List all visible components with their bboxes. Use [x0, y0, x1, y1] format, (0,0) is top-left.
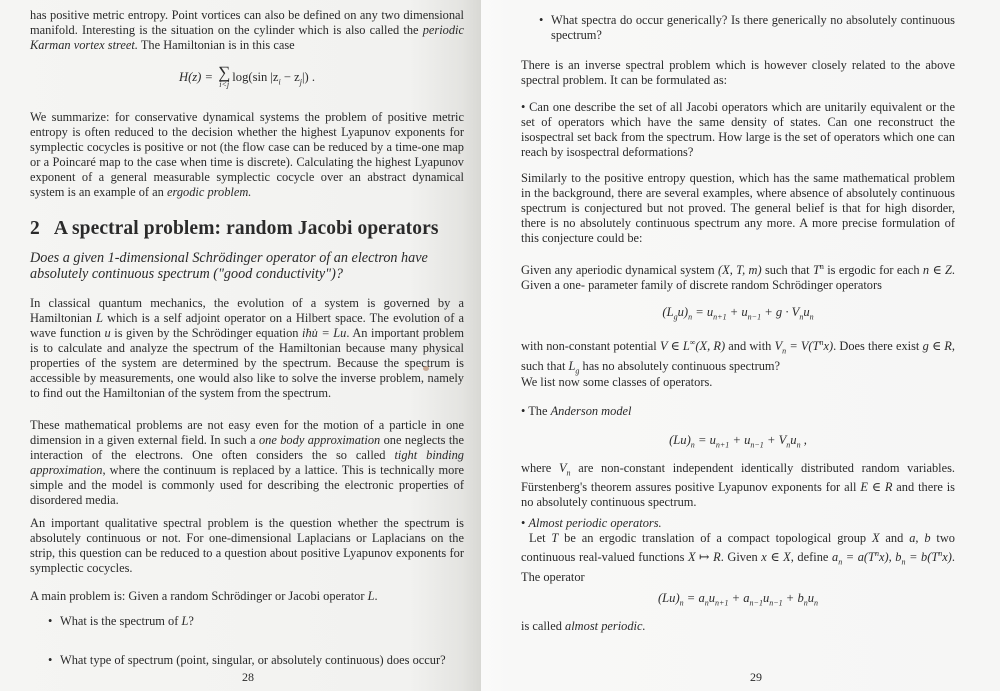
text: is called: [521, 619, 565, 633]
list-intro: We list now some classes of operators.: [521, 375, 955, 390]
italic-term: almost periodic.: [565, 619, 646, 633]
text: is given by the Schrödinger equation: [111, 326, 302, 340]
sum-index: i<j: [219, 80, 229, 90]
math: a, b: [909, 531, 930, 545]
text: . Given: [721, 550, 762, 564]
italic-term: one body approximation: [259, 433, 380, 447]
summary-italic: ergodic problem.: [167, 185, 251, 199]
var-L: L: [96, 311, 103, 325]
left-page: has positive metric entropy. Point vorti…: [0, 0, 481, 691]
text: has no absolutely continuous spectrum?: [579, 359, 780, 373]
equation-Lg: (Lgu)n = un+1 + un−1 + g · Vnun: [521, 305, 955, 325]
anderson-paragraph: where Vn are non-constant independent id…: [521, 461, 955, 510]
schrodinger-equation: iħu̇ = Lu: [302, 326, 346, 340]
intro-text-end: The Hamiltonian is in this case: [138, 38, 295, 52]
page-number: 29: [750, 670, 762, 685]
equation-hamiltonian: H(z) = ∑i<jlog(sin |zi − zj|) .: [30, 66, 464, 90]
text: and with: [725, 339, 774, 353]
text: with non-constant potential: [521, 339, 660, 353]
text: The: [528, 404, 550, 418]
potential-paragraph: with non-constant potential V ∈ L∞(X, R)…: [521, 335, 955, 378]
math: Vn: [559, 461, 571, 475]
sum-symbol: ∑i<j: [218, 66, 230, 90]
text: .: [374, 589, 377, 603]
text: . Does there exist: [833, 339, 922, 353]
math: V ∈ L∞(X, R): [660, 339, 725, 353]
intro-text: has positive metric entropy. Point vorti…: [30, 8, 464, 37]
math: Vn = V(Tnx): [775, 339, 834, 353]
text: and: [880, 531, 910, 545]
bullet-item: What type of spectrum (point, singular, …: [30, 653, 464, 668]
math: g ∈ R: [923, 339, 952, 353]
sigma: ∑: [218, 66, 230, 80]
almost-periodic-paragraph: Let T be an ergodic translation of a com…: [521, 531, 955, 585]
section-number: 2: [30, 218, 40, 239]
text: such that: [762, 263, 813, 277]
eq-lhs: H(z) =: [179, 70, 216, 84]
equation-anderson: (Lu)n = un+1 + un−1 + Vnun ,: [521, 433, 955, 453]
math: (X, T, m): [718, 263, 762, 277]
approximation-paragraph: These mathematical problems are not easy…: [30, 418, 464, 508]
text: Given any aperiodic dynamical system: [521, 263, 718, 277]
bullet-item: What spectra do occur generically? Is th…: [521, 13, 955, 43]
text: A main problem is: Given a random Schröd…: [30, 589, 368, 603]
summary-paragraph: We summarize: for conservative dynamical…: [30, 110, 464, 200]
almost-periodic-closing: is called almost periodic.: [521, 619, 955, 634]
similarly-paragraph: Similarly to the positive entropy questi…: [521, 171, 955, 246]
text: is ergodic for each: [824, 263, 923, 277]
text: What type of spectrum (point, singular, …: [60, 653, 446, 667]
math: n ∈ Z: [923, 263, 952, 277]
equation-almost-periodic: (Lu)n = anun+1 + an−1un−1 + bnun: [521, 591, 955, 611]
anderson-label: The Anderson model: [521, 404, 955, 419]
text: be an ergodic translation of a compact t…: [558, 531, 872, 545]
eq-end: |) .: [302, 70, 315, 84]
page-smudge: [423, 366, 429, 371]
page-number: 28: [242, 670, 254, 685]
section-title: A spectral problem: random Jacobi operat…: [54, 218, 439, 239]
jacobi-bullet: Can one describe the set of all Jacobi o…: [521, 100, 955, 160]
inverse-paragraph: There is an inverse spectral problem whi…: [521, 58, 955, 88]
qualitative-paragraph: An important qualitative spectral proble…: [30, 516, 464, 576]
section-heading: 2A spectral problem: random Jacobi opera…: [30, 218, 470, 240]
text: , define: [791, 550, 832, 564]
right-page: What spectra do occur generically? Is th…: [481, 0, 1000, 691]
math: an = a(Tnx), bn = b(Tnx): [832, 550, 952, 564]
math: T: [813, 263, 820, 277]
main-problem: A main problem is: Given a random Schröd…: [30, 589, 464, 604]
text: Let: [529, 531, 551, 545]
bullet-item: What is the spectrum of L?: [30, 614, 464, 629]
quantum-paragraph: In classical quantum mechanics, the evol…: [30, 296, 464, 401]
italic-term: Almost periodic operators.: [528, 516, 661, 530]
italic-term: Anderson model: [551, 404, 632, 418]
math: x ∈ X: [761, 550, 790, 564]
math: Lg: [569, 359, 580, 373]
eq-mid: − z: [281, 70, 300, 84]
text: ?: [188, 614, 194, 628]
math: X ↦ R: [688, 550, 721, 564]
almost-periodic-label: Almost periodic operators.: [521, 516, 955, 531]
section-question: Does a given 1-dimensional Schrödinger o…: [30, 250, 470, 282]
text: What is the spectrum of: [60, 614, 181, 628]
math: E ∈ R: [860, 480, 892, 494]
math: X: [872, 531, 880, 545]
conjecture-paragraph: Given any aperiodic dynamical system (X,…: [521, 259, 955, 293]
intro-paragraph: has positive metric entropy. Point vorti…: [30, 8, 464, 53]
text: where: [521, 461, 559, 475]
eq-rhs: log(sin |z: [232, 70, 278, 84]
